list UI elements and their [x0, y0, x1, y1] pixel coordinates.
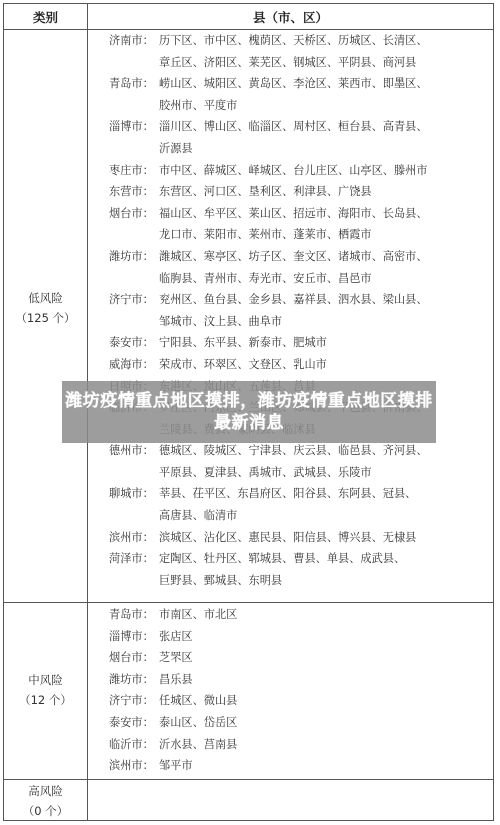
city-row: 聊城市：莘县、茌平区、东昌府区、阳谷县、东阿县、冠县、 高唐县、临清市 [109, 483, 494, 526]
district-list: 市中区、薛城区、峄城区、台儿庄区、山亭区、滕州市 [159, 160, 494, 182]
district-list: 宁阳县、东平县、新泰市、肥城市 [159, 332, 494, 354]
district-list: 市南区、市北区 [159, 604, 494, 626]
city-name: 淄博市： [109, 116, 159, 159]
district-list: 德城区、陵城区、宁津县、庆云县、临邑县、齐河县、 平原县、夏津县、禹城市、武城县… [159, 440, 494, 483]
district-list: 荣成市、环翠区、文登区、乳山市 [159, 354, 494, 376]
city-name: 滨州市： [109, 755, 159, 777]
low-risk-label: 低风险 （125 个） [4, 288, 87, 328]
district-list: 沂水县、莒南县 [159, 734, 494, 756]
city-row: 烟台市：芝罘区 [109, 647, 494, 669]
city-name: 济南市： [109, 30, 159, 73]
city-row: 泰安市：泰山区、岱岳区 [109, 712, 494, 734]
city-row: 滨州市：邹平市 [109, 755, 494, 777]
city-name: 济宁市： [109, 289, 159, 332]
city-name: 滨州市： [109, 527, 159, 549]
city-name: 泰安市： [109, 332, 159, 354]
city-name: 烟台市： [109, 203, 159, 246]
city-name: 德州市： [109, 440, 159, 483]
district-list: 崂山区、城阳区、黄岛区、李沧区、莱西市、即墨区、 胶州市、平度市 [159, 73, 494, 116]
city-name: 烟台市： [109, 647, 159, 669]
district-list: 东营区、河口区、垦利区、利津县、广饶县 [159, 181, 494, 203]
high-risk-label: 高风险 （0 个） [4, 781, 87, 821]
city-row: 菏泽市：定陶区、牡丹区、郓城县、曹县、单县、成武县、 巨野县、鄄城县、东明县 [109, 548, 494, 591]
district-list: 邹平市 [159, 755, 494, 777]
group-divider-low [4, 602, 493, 603]
city-row: 临沂市：沂水县、莒南县 [109, 734, 494, 756]
city-name: 泰安市： [109, 712, 159, 734]
city-row: 济南市：历下区、市中区、槐荫区、天桥区、历城区、长清区、 章丘区、济阳区、莱芜区… [109, 30, 494, 73]
city-name: 菏泽市： [109, 548, 159, 591]
city-row: 济宁市：任城区、微山县 [109, 690, 494, 712]
district-list: 莘县、茌平区、东昌府区、阳谷县、东阿县、冠县、 高唐县、临清市 [159, 483, 494, 526]
city-name: 济宁市： [109, 690, 159, 712]
low-risk-name: 低风险 [4, 288, 87, 308]
city-row: 淄博市：淄川区、博山区、临淄区、周村区、桓台县、高青县、 沂源县 [109, 116, 494, 159]
high-risk-count: （0 个） [4, 801, 87, 821]
city-row: 威海市：荣成市、环翠区、文登区、乳山市 [109, 354, 494, 376]
city-name: 青岛市： [109, 604, 159, 626]
city-row: 济宁市：兖州区、鱼台县、金乡县、嘉祥县、泗水县、梁山县、 邹城市、汶上县、曲阜市 [109, 289, 494, 332]
city-name: 潍坊市： [109, 669, 159, 691]
header-county: 县（市、区） [88, 4, 493, 29]
city-row: 潍坊市：昌乐县 [109, 669, 494, 691]
district-list: 福山区、牟平区、莱山区、招远市、海阳市、长岛县、 龙口市、莱阳市、莱州市、蓬莱市… [159, 203, 494, 246]
city-row: 滨州市：滨城区、沾化区、惠民县、阳信县、博兴县、无棣县 [109, 527, 494, 549]
city-row: 淄博市：张店区 [109, 626, 494, 648]
low-risk-list: 济南市：历下区、市中区、槐荫区、天桥区、历城区、长清区、 章丘区、济阳区、莱芜区… [109, 30, 494, 591]
article-title: 潍坊疫情重点地区摸排，潍坊疫情重点地区摸排最新消息 [62, 390, 436, 434]
city-name: 青岛市： [109, 73, 159, 116]
city-row: 泰安市：宁阳县、东平县、新泰市、肥城市 [109, 332, 494, 354]
city-name: 东营市： [109, 181, 159, 203]
city-row: 青岛市：崂山区、城阳区、黄岛区、李沧区、莱西市、即墨区、 胶州市、平度市 [109, 73, 494, 116]
low-risk-count: （125 个） [4, 308, 87, 328]
city-name: 威海市： [109, 354, 159, 376]
district-list: 任城区、微山县 [159, 690, 494, 712]
article-title-overlay: 潍坊疫情重点地区摸排，潍坊疫情重点地区摸排最新消息 [62, 381, 436, 443]
city-row: 德州市：德城区、陵城区、宁津县、庆云县、临邑县、齐河县、 平原县、夏津县、禹城市… [109, 440, 494, 483]
high-risk-name: 高风险 [4, 781, 87, 801]
medium-risk-label: 中风险 （12 个） [4, 670, 87, 710]
group-divider-medium [4, 779, 493, 780]
city-name: 潍坊市： [109, 246, 159, 289]
district-list: 历下区、市中区、槐荫区、天桥区、历城区、长清区、 章丘区、济阳区、莱芜区、钢城区… [159, 30, 494, 73]
district-list: 滨城区、沾化区、惠民县、阳信县、博兴县、无棣县 [159, 527, 494, 549]
district-list: 淄川区、博山区、临淄区、周村区、桓台县、高青县、 沂源县 [159, 116, 494, 159]
medium-risk-count: （12 个） [4, 690, 87, 710]
city-name: 聊城市： [109, 483, 159, 526]
district-list: 泰山区、岱岳区 [159, 712, 494, 734]
city-row: 烟台市：福山区、牟平区、莱山区、招远市、海阳市、长岛县、 龙口市、莱阳市、莱州市… [109, 203, 494, 246]
header-category: 类别 [4, 4, 87, 29]
city-row: 青岛市：市南区、市北区 [109, 604, 494, 626]
medium-risk-name: 中风险 [4, 670, 87, 690]
district-list: 昌乐县 [159, 669, 494, 691]
city-name: 淄博市： [109, 626, 159, 648]
district-list: 芝罘区 [159, 647, 494, 669]
district-list: 定陶区、牡丹区、郓城县、曹县、单县、成武县、 巨野县、鄄城县、东明县 [159, 548, 494, 591]
city-row: 潍坊市：潍城区、寒亭区、坊子区、奎文区、诸城市、高密市、 临朐县、青州市、寿光市… [109, 246, 494, 289]
city-row: 枣庄市：市中区、薛城区、峄城区、台儿庄区、山亭区、滕州市 [109, 160, 494, 182]
medium-risk-list: 青岛市：市南区、市北区淄博市：张店区烟台市：芝罘区潍坊市：昌乐县济宁市：任城区、… [109, 604, 494, 777]
city-row: 东营市：东营区、河口区、垦利区、利津县、广饶县 [109, 181, 494, 203]
district-list: 兖州区、鱼台县、金乡县、嘉祥县、泗水县、梁山县、 邹城市、汶上县、曲阜市 [159, 289, 494, 332]
district-list: 潍城区、寒亭区、坊子区、奎文区、诸城市、高密市、 临朐县、青州市、寿光市、安丘市… [159, 246, 494, 289]
city-name: 枣庄市： [109, 160, 159, 182]
district-list: 张店区 [159, 626, 494, 648]
city-name: 临沂市： [109, 734, 159, 756]
